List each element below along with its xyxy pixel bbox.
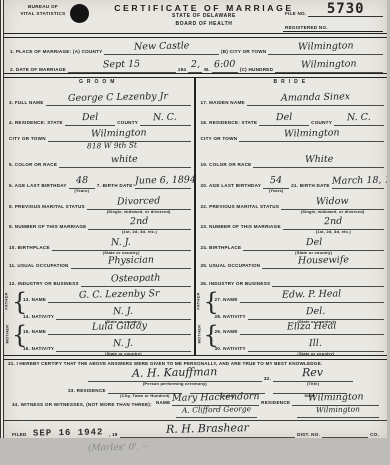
certificate-document: BUREAU OF VITAL STATISTICS CERTIFICATE O… <box>0 0 387 438</box>
title-block: CERTIFICATE OF MARRIAGE STATE OF DELAWAR… <box>109 3 299 28</box>
witness-residence-label: RESIDENCE <box>259 400 292 406</box>
margin-note: (Marles' 0'. ·· <box>88 443 148 453</box>
groom-occupation: Physician <box>107 256 153 266</box>
officiant-signature: A. H. Kauffman <box>132 366 217 379</box>
full-name-label: 3. FULL NAME <box>7 100 46 106</box>
marriage-number-label: 23. NUMBER OF THIS MARRIAGE <box>199 224 283 230</box>
bride-marriage-number-row: 23. NUMBER OF THIS MARRIAGE 2nd(1st, 2d,… <box>196 210 388 230</box>
marriage-number-label: 9. NUMBER OF THIS MARRIAGE <box>7 224 88 230</box>
hour-value: 6:00 <box>214 60 236 70</box>
file-number-block: FILE NO. 5730 REGISTERED NO. <box>283 3 383 32</box>
groom-birthplace: N. J. <box>111 238 131 248</box>
groom-mother-block: MOTHER { 15. NAME Lula Gilday 16. NATIVI… <box>4 320 194 352</box>
filed-year-printed: , 19 <box>107 432 120 438</box>
year-blank: 2, <box>188 54 202 73</box>
certificate-subtitle-board: BOARD OF HEALTH <box>109 21 299 29</box>
bride-mother-name: Eliza Heal <box>287 321 337 332</box>
hundred-value: Wilmington <box>301 59 357 70</box>
groom-birthplace-row: 10. BIRTHPLACE N. J.(State or country) <box>4 230 194 251</box>
date-of-marriage-label: 2. DATE OF MARRIAGE <box>8 67 68 73</box>
bride-occupation-row: 25. USUAL OCCUPATION Housewife <box>196 251 388 269</box>
bride-birthplace-row: 24. BIRTHPLACE Del(State or country) <box>196 230 388 251</box>
mother-name-label: 15. NAME <box>21 329 48 335</box>
occupation-label: 11. USUAL OCCUPATION <box>7 263 71 269</box>
witnesses-block: 34. WITNESS OR WITNESSES, (NOT MORE THAN… <box>4 394 387 418</box>
bride-occupation: Housewife <box>298 255 349 266</box>
father-side-label: FATHER <box>196 292 200 309</box>
mother-nativity-row: 16. NATIVITY N. J.(State or country) <box>18 335 194 352</box>
bride-race: White <box>304 155 333 165</box>
city-value: Wilmington <box>298 41 354 52</box>
birth-date-label: 7. BIRTH DATE <box>95 183 135 189</box>
groom-residence-county: N. C. <box>153 113 177 123</box>
age-label: 20. AGE LAST BIRTHDAY <box>199 183 264 189</box>
groom-marital-row: 8. PREVIOUS MARITAL STATUS Divorced(Sing… <box>4 189 194 210</box>
mother-nativity-row: 30. NATIVITY Ill.(State or country) <box>210 335 388 352</box>
certification-block: 31. I HEREBY CERTIFY THAT THE ABOVE ANSW… <box>4 360 387 382</box>
officiant-title: Rev <box>302 367 323 378</box>
file-no-label: FILE NO. <box>283 11 308 17</box>
bride-maiden-name: Amanda Sinex <box>281 92 350 103</box>
marital-status-label: 22. PREVIOUS MARITAL STATUS <box>199 204 282 210</box>
mother-side-label: MOTHER <box>5 325 9 344</box>
birthplace-label: 10. BIRTHPLACE <box>7 245 52 251</box>
nativity-caption: (State or country) <box>248 351 384 355</box>
title-caption: (Title) <box>273 381 353 386</box>
groom-occupation-row: 11. USUAL OCCUPATION Physician <box>4 251 194 269</box>
groom-mother-nativity: N. J. <box>113 339 133 349</box>
county-abbrev-label: CO. <box>368 432 381 438</box>
meridiem-label: M. <box>202 67 212 73</box>
date-value: Sept 15 <box>103 60 140 70</box>
witness-2-name: A. Clifford George <box>182 405 251 414</box>
occupation-label: 25. USUAL OCCUPATION <box>199 263 263 269</box>
bride-birth-date: March 18, 1888 <box>332 175 387 186</box>
bride-marital: Widow <box>316 197 349 207</box>
certificate-header: BUREAU OF VITAL STATISTICS CERTIFICATE O… <box>4 0 387 33</box>
hundred-label: (C) HUNDRED <box>238 67 275 73</box>
groom-age-birth-row: 6. AGE LAST BIRTHDAY 48(Years) 7. BIRTH … <box>4 168 194 189</box>
witness-row: A. Clifford George Wilmington <box>154 406 379 418</box>
filed-row: FILED SEP 16 1942 , 19 R. H. Brashear DI… <box>4 420 387 438</box>
marital-status-label: 8. PREVIOUS MARITAL STATUS <box>7 204 87 210</box>
certificate-subtitle-state: STATE OF DELAWARE <box>109 13 299 21</box>
mother-nativity-label: 30. NATIVITY <box>213 346 248 352</box>
birth-date-label: 21. BIRTH DATE <box>289 183 332 189</box>
file-no-value: 5730 <box>308 3 383 17</box>
bride-marriage-number: 2nd <box>324 217 342 227</box>
mother-side-label: MOTHER <box>197 325 201 344</box>
county-value: New Castle <box>134 41 190 52</box>
county-blank: New Castle <box>104 36 219 55</box>
groom-full-name: George C Lezenby Jr <box>68 92 168 104</box>
bride-father-name: Edw. P. Heal <box>282 289 341 300</box>
year-value: 2, <box>191 60 200 70</box>
bride-age: 54 <box>270 176 282 186</box>
father-side-label: FATHER <box>5 292 9 309</box>
mother-nativity-label: 16. NATIVITY <box>21 346 56 352</box>
bride-marital-row: 22. PREVIOUS MARITAL STATUS Widow(Single… <box>196 189 388 210</box>
groom-residence-state: Del <box>82 113 98 123</box>
registered-no-label: REGISTERED NO. <box>283 25 330 31</box>
bureau-line2: VITAL STATISTICS <box>14 11 72 18</box>
bride-mother-nativity: Ill. <box>309 339 322 349</box>
year-printed: 194 <box>176 67 188 73</box>
date-of-marriage-row: 2. DATE OF MARRIAGE Sept 15 194 2, M. 6:… <box>4 55 387 73</box>
bureau-label: BUREAU OF VITAL STATISTICS <box>14 4 72 18</box>
item-32-number: 32. <box>262 376 273 382</box>
hour-blank: 6:00 <box>212 54 238 73</box>
groom-father-name: G. C. Lezenby Sr <box>79 289 160 300</box>
nativity-caption: (State or country) <box>56 351 190 355</box>
witness-name-label: NAME <box>154 400 173 406</box>
certificate-title: CERTIFICATE OF MARRIAGE <box>109 3 299 13</box>
groom-race-row: 5. COLOR OR RACE white <box>4 153 194 168</box>
groom-age: 48 <box>76 176 88 186</box>
punch-hole-icon <box>70 4 89 23</box>
officiant-caption: (Person performing ceremony) <box>88 381 262 386</box>
bride-mother-block: MOTHER { 29. NAME Eliza Heal 30. NATIVIT… <box>196 320 388 352</box>
bride-column: BRIDE 17. MAIDEN NAME Amanda Sinex 18. R… <box>196 78 388 355</box>
bride-age-birth-row: 20. AGE LAST BIRTHDAY 54(Years) 21. BIRT… <box>196 168 388 189</box>
date-blank: Sept 15 <box>68 54 176 73</box>
age-label: 6. AGE LAST BIRTHDAY <box>7 183 69 189</box>
color-or-race-label: 19. COLOR OR RACE <box>199 162 254 168</box>
father-name-label: 27. NAME <box>213 297 240 303</box>
bride-maiden-name-row: 17. MAIDEN NAME Amanda Sinex <box>196 88 388 106</box>
maiden-name-label: 17. MAIDEN NAME <box>199 100 247 106</box>
place-of-marriage-row: 1. PLACE OF MARRIAGE: (A) COUNTY New Cas… <box>4 38 387 55</box>
birthplace-label: 24. BIRTHPLACE <box>199 245 244 251</box>
registrar-signature: R. H. Brashear <box>166 422 249 435</box>
mother-name-label: 29. NAME <box>213 329 240 335</box>
groom-race: white <box>111 155 138 165</box>
filed-label: FILED <box>10 432 29 438</box>
groom-marriage-number-row: 9. NUMBER OF THIS MARRIAGE 2nd(1st, 2d, … <box>4 210 194 230</box>
groom-birth-date: June 6, 1894 <box>135 175 196 186</box>
groom-mother-name: Lula Gilday <box>92 321 147 332</box>
bride-birthplace: Del <box>305 238 321 248</box>
groom-bride-columns: GROOM 3. FULL NAME George C Lezenby Jr 4… <box>4 78 387 355</box>
father-name-label: 13. NAME <box>21 297 48 303</box>
bride-residence-state: Del <box>276 113 292 123</box>
scanned-certificate-page: BUREAU OF VITAL STATISTICS CERTIFICATE O… <box>0 0 390 465</box>
district-number-label: DIST. NO. <box>295 432 322 438</box>
filed-date-stamp: SEP 16 1942 <box>28 427 107 438</box>
city-blank: Wilmington <box>268 36 383 55</box>
groom-marriage-number: 2nd <box>130 217 148 227</box>
color-or-race-label: 5. COLOR OR RACE <box>7 162 59 168</box>
groom-industry: Osteopath <box>111 273 161 284</box>
bride-residence-county: N. C. <box>347 113 371 123</box>
hundred-blank: Wilmington <box>275 54 383 73</box>
groom-marital: Divorced <box>117 197 161 207</box>
bride-race-row: 19. COLOR OR RACE White <box>196 153 388 168</box>
groom-full-name-row: 3. FULL NAME George C Lezenby Jr <box>4 88 194 106</box>
bureau-line1: BUREAU OF <box>14 4 72 11</box>
witness-2-residence: Wilmington <box>316 406 360 414</box>
groom-column: GROOM 3. FULL NAME George C Lezenby Jr 4… <box>4 78 196 355</box>
